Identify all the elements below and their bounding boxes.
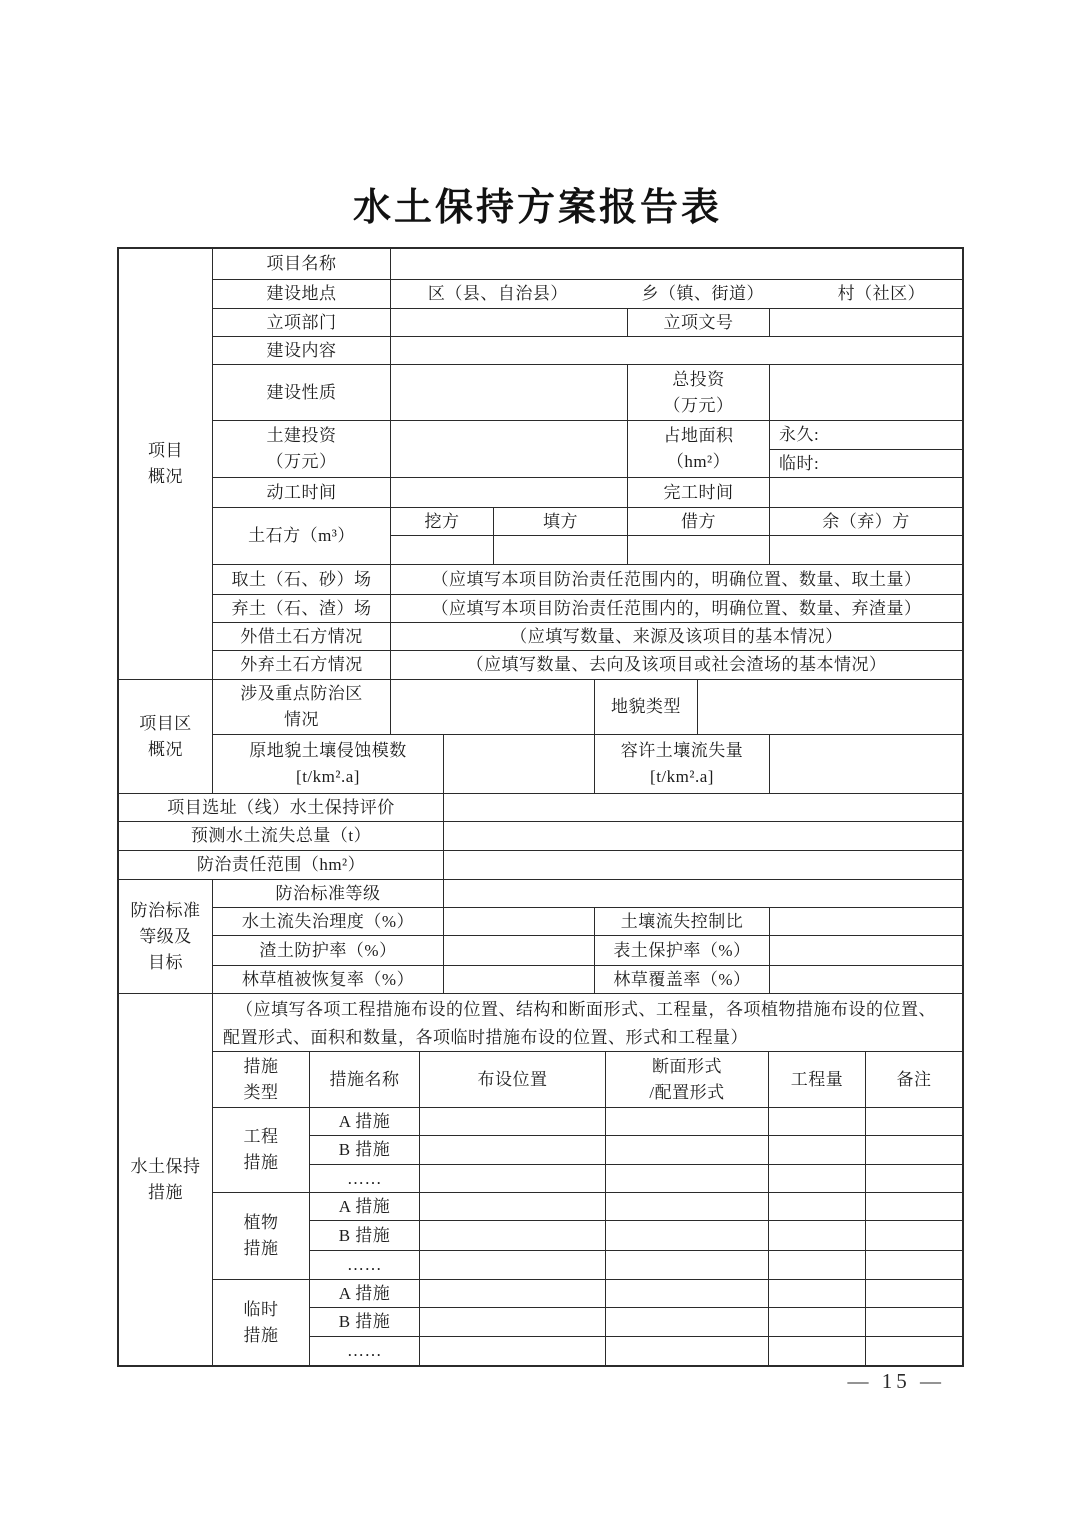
plant-measure-more-position-input	[419, 1250, 605, 1279]
vegetation-coverage-label: 林草覆盖率（%）	[594, 965, 769, 993]
plant-measure-a-position-input	[419, 1192, 605, 1220]
land-area-label: 占地面积 （hm²）	[627, 420, 769, 477]
plant-measure-b-name: B 措施	[309, 1220, 419, 1250]
plant-measure-a-remarks-input	[865, 1192, 962, 1220]
plant-measure-a-form-input	[605, 1192, 768, 1220]
earthwork-surplus-input	[769, 535, 962, 564]
earthwork-borrow-header: 借方	[627, 507, 769, 535]
treatment-degree-input	[443, 907, 594, 935]
eng-measure-more-quantity-input	[768, 1164, 865, 1192]
temp-measure-a-name: A 措施	[309, 1279, 419, 1307]
eng-measure-a-form-input	[605, 1107, 768, 1135]
topsoil-protection-label: 表土保护率（%）	[594, 935, 769, 965]
standard-grade-label: 防治标准等级	[212, 879, 443, 907]
site-evaluation-input	[443, 793, 962, 821]
finish-time-label: 完工时间	[627, 477, 769, 507]
allowable-soil-loss-input	[769, 734, 962, 793]
project-name-label: 项目名称	[212, 249, 390, 279]
site-evaluation-label: 项目选址（线）水土保持评价	[119, 793, 443, 821]
loss-control-ratio-input	[769, 907, 962, 935]
location-district: 区（县、自治县）	[428, 281, 568, 307]
external-spoil-label: 外弃土石方情况	[212, 650, 390, 679]
land-area-temporary-input: 临时:	[769, 449, 962, 477]
earthwork-label: 土石方（m³）	[212, 507, 390, 564]
predicted-loss-input	[443, 821, 962, 850]
plant-measure-b-position-input	[419, 1220, 605, 1250]
measures-col-type: 措施 类型	[212, 1051, 309, 1107]
plant-measure-more-remarks-input	[865, 1250, 962, 1279]
eng-measure-b-name: B 措施	[309, 1135, 419, 1164]
construction-content-label: 建设内容	[212, 336, 390, 364]
page-number: — 15 —	[848, 1369, 946, 1394]
external-borrow-note: （应填写数量、来源及该项目的基本情况）	[390, 622, 962, 650]
key-prevention-zone-input	[390, 679, 594, 734]
approval-dept-label: 立项部门	[212, 308, 390, 336]
responsibility-scope-label: 防治责任范围（hm²）	[119, 850, 443, 879]
spoil-ground-note: （应填写本项目防治责任范围内的，明确位置、数量、弃渣量）	[390, 594, 962, 622]
eng-measure-more-position-input	[419, 1164, 605, 1192]
temp-measure-a-remarks-input	[865, 1279, 962, 1307]
eng-measure-a-name: A 措施	[309, 1107, 419, 1135]
section-standard-goal: 防治标准 等级及 目标	[119, 879, 212, 993]
vegetation-recovery-label: 林草植被恢复率（%）	[212, 965, 443, 993]
eng-measure-more-remarks-input	[865, 1164, 962, 1192]
responsibility-scope-input	[443, 850, 962, 879]
standard-grade-input	[443, 879, 962, 907]
location-town: 乡（镇、街道）	[641, 281, 764, 307]
temp-measure-b-name: B 措施	[309, 1307, 419, 1336]
eng-measure-a-remarks-input	[865, 1107, 962, 1135]
eng-measure-a-quantity-input	[768, 1107, 865, 1135]
finish-time-input	[769, 477, 962, 507]
construction-content-input	[390, 336, 962, 364]
plant-measure-b-quantity-input	[768, 1220, 865, 1250]
temp-measure-a-form-input	[605, 1279, 768, 1307]
report-form-table: 项目 概况 项目区 概况 防治标准 等级及 目标 水土保持 措施 项目名称 建设…	[117, 247, 964, 1367]
temp-measure-more-form-input	[605, 1336, 768, 1365]
form-title: 水土保持方案报告表	[0, 176, 1075, 231]
temp-measure-a-position-input	[419, 1279, 605, 1307]
earthwork-surplus-header: 余（弃）方	[769, 507, 962, 535]
construction-nature-label: 建设性质	[212, 364, 390, 420]
eng-measure-more-form-input	[605, 1164, 768, 1192]
key-prevention-zone-label: 涉及重点防治区 情况	[212, 679, 390, 734]
borrow-pit-label: 取土（石、砂）场	[212, 564, 390, 594]
earthwork-fill-input	[493, 535, 627, 564]
eng-measure-b-form-input	[605, 1135, 768, 1164]
plant-measure-more-form-input	[605, 1250, 768, 1279]
temp-measure-more-remarks-input	[865, 1336, 962, 1365]
location-input: 区（县、自治县） 乡（镇、街道） 村（社区）	[390, 279, 962, 308]
project-name-input	[390, 249, 962, 279]
plant-measure-b-remarks-input	[865, 1220, 962, 1250]
group-plant-measures: 植物 措施	[212, 1192, 309, 1279]
eng-measure-b-quantity-input	[768, 1135, 865, 1164]
eng-measure-b-position-input	[419, 1135, 605, 1164]
total-investment-label: 总投资 （万元）	[627, 364, 769, 420]
borrow-pit-note: （应填写本项目防治责任范围内的，明确位置、数量、取土量）	[390, 564, 962, 594]
vegetation-recovery-input	[443, 965, 594, 993]
temp-measure-more-name: ……	[309, 1336, 419, 1365]
total-investment-input	[769, 364, 962, 420]
start-time-input	[390, 477, 627, 507]
measures-col-name: 措施名称	[309, 1051, 419, 1107]
temp-measure-more-position-input	[419, 1336, 605, 1365]
allowable-soil-loss-label: 容许土壤流失量 [t/km².a]	[594, 734, 769, 793]
section-conservation-measures: 水土保持 措施	[119, 993, 212, 1365]
loss-control-ratio-label: 土壤流失控制比	[594, 907, 769, 935]
landform-type-label: 地貌类型	[594, 679, 697, 734]
eng-measure-more-name: ……	[309, 1164, 419, 1192]
civil-investment-label: 土建投资 （万元）	[212, 420, 390, 477]
plant-measure-a-name: A 措施	[309, 1192, 419, 1220]
temp-measure-b-remarks-input	[865, 1307, 962, 1336]
approval-dept-input	[390, 308, 627, 336]
topsoil-protection-input	[769, 935, 962, 965]
external-borrow-label: 外借土石方情况	[212, 622, 390, 650]
location-village: 村（社区）	[838, 281, 926, 307]
earthwork-excavation-header: 挖方	[390, 507, 493, 535]
earthwork-fill-header: 填方	[493, 507, 627, 535]
measures-col-remarks: 备注	[865, 1051, 962, 1107]
group-engineering-measures: 工程 措施	[212, 1107, 309, 1192]
earthwork-excavation-input	[390, 535, 493, 564]
land-area-permanent-input: 永久:	[769, 420, 962, 449]
plant-measure-b-form-input	[605, 1220, 768, 1250]
plant-measure-a-quantity-input	[768, 1192, 865, 1220]
start-time-label: 动工时间	[212, 477, 390, 507]
treatment-degree-label: 水土流失治理度（%）	[212, 907, 443, 935]
section-project-area: 项目区 概况	[119, 679, 212, 793]
vegetation-coverage-input	[769, 965, 962, 993]
eng-measure-a-position-input	[419, 1107, 605, 1135]
earthwork-borrow-input	[627, 535, 769, 564]
spoil-ground-label: 弃土（石、渣）场	[212, 594, 390, 622]
slag-protection-input	[443, 935, 594, 965]
plant-measure-more-quantity-input	[768, 1250, 865, 1279]
approval-doc-label: 立项文号	[627, 308, 769, 336]
civil-investment-input	[390, 420, 627, 477]
temp-measure-b-quantity-input	[768, 1307, 865, 1336]
eng-measure-b-remarks-input	[865, 1135, 962, 1164]
location-label: 建设地点	[212, 279, 390, 308]
external-spoil-note: （应填写数量、去向及该项目或社会渣场的基本情况）	[390, 650, 962, 679]
approval-doc-input	[769, 308, 962, 336]
temp-measure-a-quantity-input	[768, 1279, 865, 1307]
predicted-loss-label: 预测水土流失总量（t）	[119, 821, 443, 850]
erosion-modulus-input	[443, 734, 594, 793]
group-temporary-measures: 临时 措施	[212, 1279, 309, 1365]
erosion-modulus-label: 原地貌土壤侵蚀模数 [t/km².a]	[212, 734, 443, 793]
temp-measure-b-position-input	[419, 1307, 605, 1336]
measures-col-position: 布设位置	[419, 1051, 605, 1107]
slag-protection-label: 渣土防护率（%）	[212, 935, 443, 965]
temp-measure-more-quantity-input	[768, 1336, 865, 1365]
measures-col-quantity: 工程量	[768, 1051, 865, 1107]
temp-measure-b-form-input	[605, 1307, 768, 1336]
measures-col-section-form: 断面形式 /配置形式	[605, 1051, 768, 1107]
construction-nature-input	[390, 364, 627, 420]
landform-type-input	[697, 679, 962, 734]
section-project-overview: 项目 概况	[119, 249, 212, 679]
measures-note: （应填写各项工程措施布设的位置、结构和断面形式、工程量，各项植物措施布设的位置、…	[212, 993, 962, 1051]
plant-measure-more-name: ……	[309, 1250, 419, 1279]
